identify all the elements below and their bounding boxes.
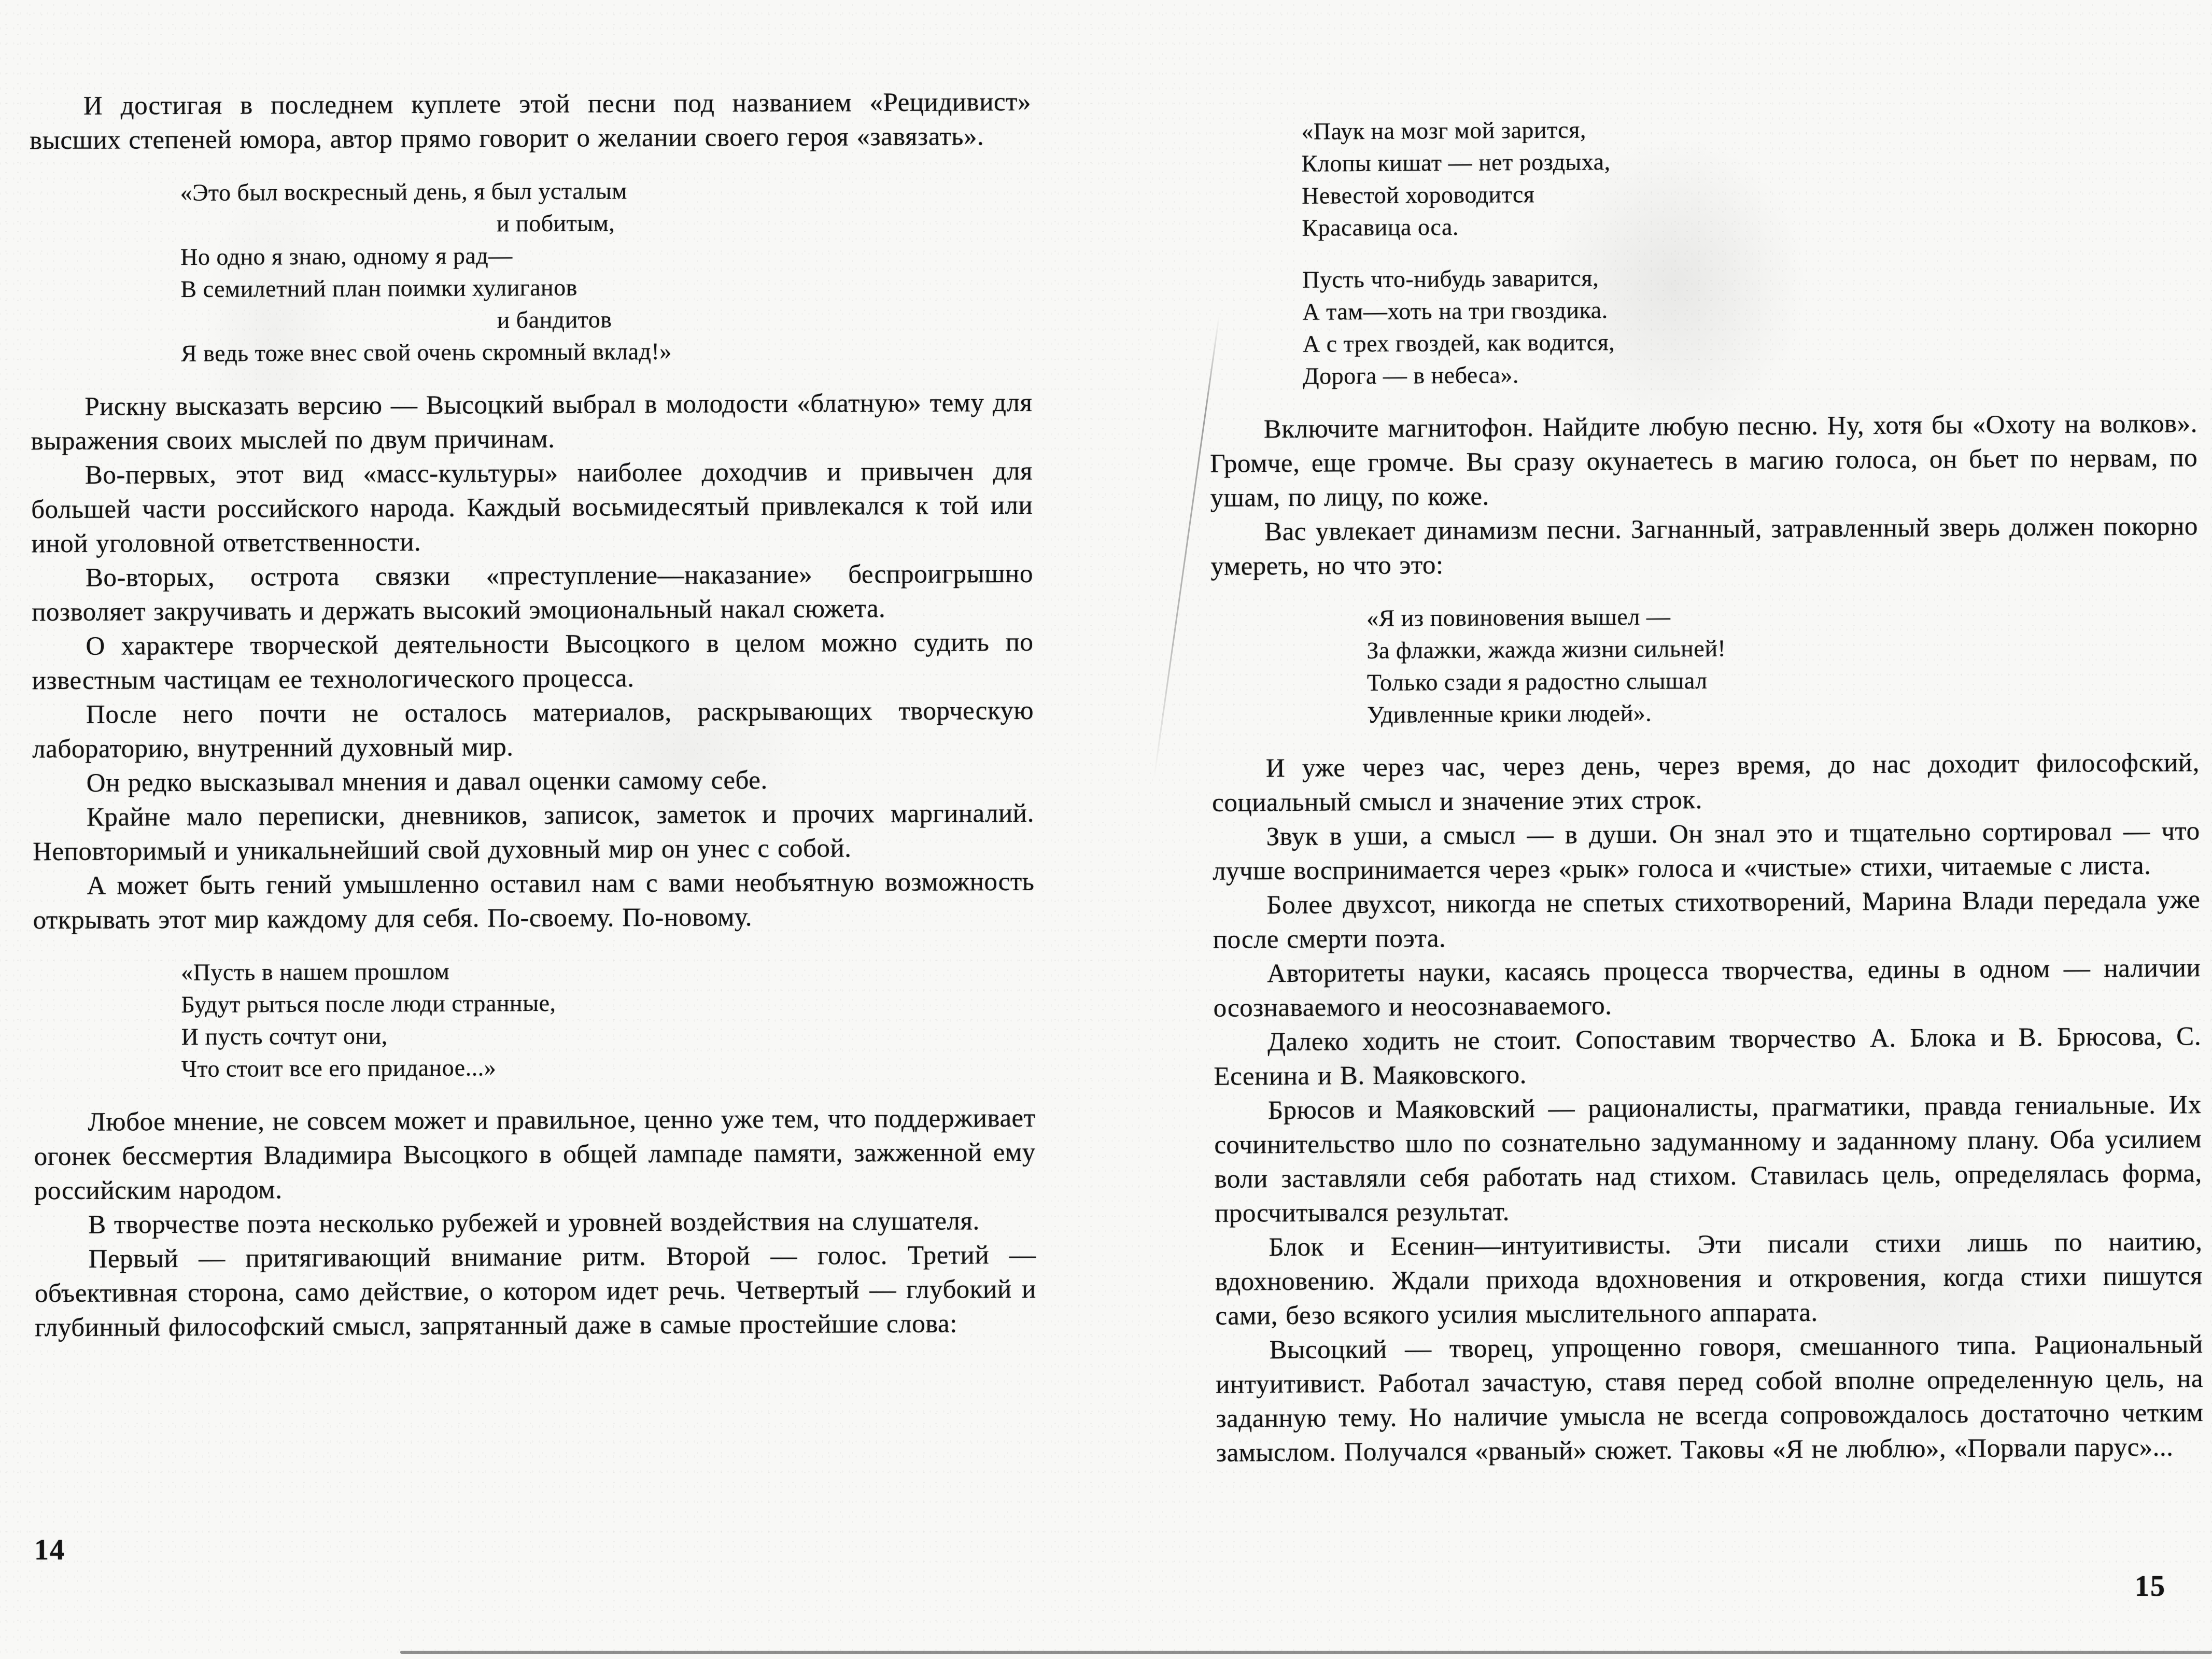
verse-block: «Я из повиновения вышел —За флажки, жажд… (1366, 597, 2199, 731)
paragraph: Брюсов и Маяковский — рационалисты, праг… (1214, 1088, 2203, 1231)
verse-line: и побитым, (497, 205, 1032, 240)
verse-line: Что стоит все его приданое...» (181, 1049, 1035, 1085)
page-number-left: 14 (34, 1534, 65, 1567)
verse-line: И пусть сочтут они, (181, 1017, 1035, 1053)
paragraph: Любое мнение, не совсем может и правильн… (34, 1101, 1036, 1208)
paragraph: Он редко высказывал мнения и давал оценк… (32, 762, 1034, 800)
verse-line: «Паук на мозг мой зарится, (1301, 110, 2195, 148)
scan-fold-line (1153, 316, 1220, 779)
scan-bottom-edge (400, 1651, 2212, 1654)
page-left: И достигая в последнем куплете этой песн… (30, 85, 1037, 1345)
paragraph: Во-первых, этот вид «масс-культуры» наиб… (31, 454, 1033, 561)
verse-line: За флажки, жажда жизни сильней! (1366, 629, 2199, 667)
paragraph: Рискну высказать версию — Высоцкий выбра… (31, 386, 1033, 458)
paragraph: Крайне мало переписки, дневников, записо… (33, 796, 1035, 869)
verse-line: Я ведь тоже внес свой очень скромный вкл… (181, 334, 1032, 370)
paragraph: Более двухсот, никогда не спетых стихотв… (1213, 882, 2201, 957)
paragraph: Во-вторых, острота связки «преступление—… (32, 557, 1034, 629)
paragraph: Вас увлекает динамизм песни. Загнанный, … (1210, 509, 2199, 584)
verse-line: и бандитов (497, 302, 1032, 336)
paragraph: Далеко ходить не стоит. Сопоставим творч… (1214, 1019, 2202, 1094)
verse-line: Дорога — в небеса». (1303, 355, 2197, 392)
verse-line: «Это был воскресный день, я был усталым (180, 173, 1031, 209)
paragraph: Блок и Есенин—интуитивисты. Эти писали с… (1215, 1225, 2203, 1333)
verse-line: Удивленные крики людей». (1367, 694, 2199, 731)
paragraph: О характере творческой деятельности Высо… (32, 625, 1034, 698)
paragraph: И достигая в последнем куплете этой песн… (30, 85, 1032, 158)
verse-line: А там—хоть на три гвоздика. (1302, 290, 2196, 328)
book-scan-spread: { "document": { "language": "ru", "pages… (0, 0, 2212, 1659)
paragraph: Авторитеты науки, касаясь процесса творч… (1213, 951, 2201, 1025)
paragraph: Первый — притягивающий внимание ритм. Вт… (34, 1238, 1036, 1345)
paragraph: И уже через час, через день, через время… (1212, 746, 2200, 820)
verse-block: «Это был воскресный день, я был усталыми… (180, 173, 1032, 370)
verse-line: Только сзади я радостно слышал (1367, 662, 2199, 699)
verse-line: Пусть что-нибудь заварится, (1302, 258, 2196, 296)
verse-line: А с трех гвоздей, как водится, (1303, 322, 2197, 360)
paragraph: А может быть гений умышленно оставил нам… (33, 865, 1035, 937)
paragraph: Звук в уши, а смысл — в души. Он знал эт… (1212, 814, 2200, 889)
verse-line: В семилетний план поимки хулиганов (180, 270, 1032, 305)
verse-line: Но одно я знаю, одному я рад— (180, 237, 1032, 273)
verse-block: Пусть что-нибудь заварится,А там—хоть на… (1302, 258, 2197, 392)
page-right: «Паук на мозг мой зарится,Клопы кишат — … (1208, 90, 2204, 1470)
verse-block: «Паук на мозг мой зарится,Клопы кишат — … (1301, 110, 2196, 244)
verse-line: «Я из повиновения вышел — (1366, 597, 2199, 635)
paragraph: Включите магнитофон. Найдите любую песню… (1210, 406, 2198, 515)
page-number-right: 15 (2135, 1570, 2166, 1603)
verse-line: Будут рыться после люди странные, (181, 985, 1035, 1021)
verse-line: Клопы кишат — нет роздыха, (1302, 142, 2196, 180)
paragraph: После него почти не осталось материалов,… (32, 694, 1034, 766)
paragraph: В творчестве поэта несколько рубежей и у… (34, 1204, 1036, 1242)
paragraph: Высоцкий — творец, упрощенно говоря, сме… (1215, 1327, 2204, 1470)
verse-line: Красавица оса. (1302, 206, 2196, 244)
verse-line: Невестой хороводится (1302, 174, 2196, 212)
verse-block: «Пусть в нашем прошломБудут рыться после… (181, 953, 1035, 1085)
verse-line: «Пусть в нашем прошлом (181, 953, 1035, 989)
